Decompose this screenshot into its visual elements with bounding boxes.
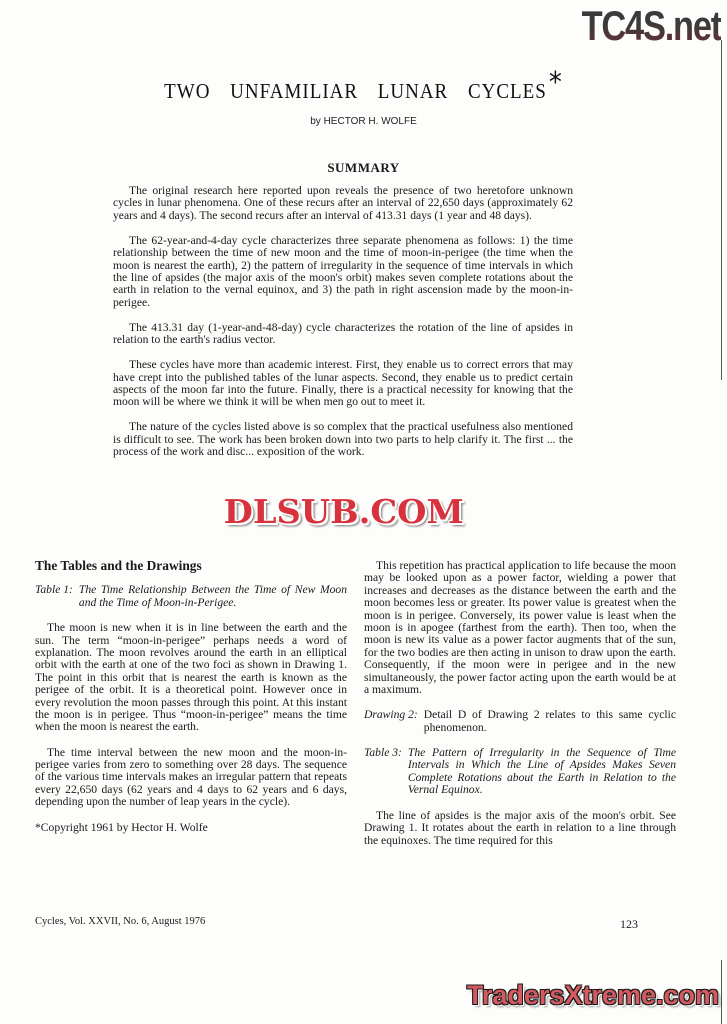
copyright-note: *Copyright 1961 by Hector H. Wolfe <box>35 822 347 834</box>
journal-citation: Cycles, Vol. XXVII, No. 6, August 1976 <box>35 916 205 927</box>
drawing-2-caption: Drawing 2: Detail D of Drawing 2 relates… <box>364 709 676 734</box>
table-3-label: Table 3: <box>364 747 408 797</box>
summary-paragraph: These cycles have more than academic int… <box>113 359 573 409</box>
left-column: The Tables and the Drawings Table 1: The… <box>35 560 347 847</box>
summary-paragraph: The nature of the cycles listed above is… <box>113 421 573 458</box>
body-paragraph: The moon is new when it is in line betwe… <box>35 622 347 734</box>
article-title-text: TWO UNFAMILIAR LUNAR CYCLES <box>164 81 547 104</box>
article-byline: by HECTOR H. WOLFE <box>0 116 727 127</box>
scan-edge-line <box>721 960 722 1024</box>
table-1-caption: Table 1: The Time Relationship Between t… <box>35 584 347 609</box>
table-1-label: Table 1: <box>35 584 79 609</box>
drawing-2-text: Detail D of Drawing 2 relates to this sa… <box>424 709 676 734</box>
section-heading: The Tables and the Drawings <box>35 560 347 572</box>
table-3-caption: Table 3: The Pattern of Irregularity in … <box>364 747 676 797</box>
drawing-2-label: Drawing 2: <box>364 709 424 734</box>
article-title: TWO UNFAMILIAR LUNAR CYCLES* <box>0 66 727 105</box>
watermark-tc4s: TC4S.net <box>582 2 721 50</box>
summary-heading: SUMMARY <box>0 160 727 176</box>
body-paragraph: This repetition has practical applicatio… <box>364 560 676 696</box>
table-3-title: The Pattern of Irregularity in the Seque… <box>408 747 676 797</box>
table-1-title: The Time Relationship Between the Time o… <box>79 584 347 609</box>
summary-paragraph: The 413.31 day (1-year-and-48-day) cycle… <box>113 322 573 347</box>
watermark-tradersxtreme: TradersXtreme.com <box>467 980 719 1011</box>
title-footnote-mark: * <box>549 66 563 99</box>
watermark-dlsub: DLSUB.COM <box>224 492 464 531</box>
body-paragraph: The time interval between the new moon a… <box>35 747 347 809</box>
summary-section: The original research here reported upon… <box>113 185 573 471</box>
right-column: This repetition has practical applicatio… <box>364 560 676 860</box>
body-paragraph: The line of apsides is the major axis of… <box>364 810 676 847</box>
summary-paragraph: The 62-year-and-4-day cycle characterize… <box>113 235 573 309</box>
summary-paragraph: The original research here reported upon… <box>113 185 573 222</box>
page-number: 123 <box>620 917 638 932</box>
